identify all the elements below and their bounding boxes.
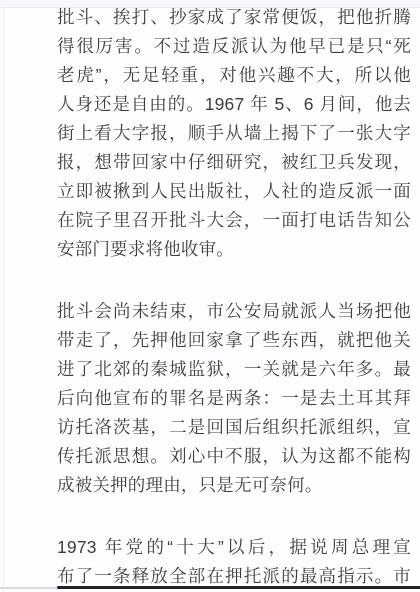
text-line: 立即被揪到人民出版社，人社的造反派一面 — [57, 177, 411, 206]
text-line: 批斗、挨打、抄家成了家常便饭，把他折腾 — [57, 3, 411, 32]
text-line: 老虎”，无足轻重，对他兴趣不大，所以他 — [57, 61, 411, 90]
text-line: 进了北郊的秦城监狱，一关就是六年多。最 — [57, 355, 411, 384]
text-line: 街上看大字报，顺手从墙上揭下了一张大字 — [57, 119, 411, 148]
text-line: 批斗会尚未结束，市公安局就派人当场把他 — [57, 297, 411, 326]
text-line: 安部门要求将他收审。 — [57, 235, 411, 264]
bottom-divider-dark — [57, 586, 420, 589]
text-line: 报，想带回家中仔细研究，被红卫兵发现， — [57, 148, 411, 177]
text-line: 传托派思想。刘心中不服，认为这都不能构 — [57, 442, 411, 471]
text-line: 访托洛茨基，二是回国后组织托派组织，宣 — [57, 413, 411, 442]
ebook-page: 批斗、挨打、抄家成了家常便饭，把他折腾 得很厉害。不过造反派认为他早已是只“死 … — [0, 0, 420, 592]
paragraph: 批斗、挨打、抄家成了家常便饭，把他折腾 得很厉害。不过造反派认为他早已是只“死 … — [57, 3, 411, 264]
text-line: 得很厉害。不过造反派认为他早已是只“死 — [57, 32, 411, 61]
bottom-divider-light — [0, 587, 57, 589]
text-line: 成被关押的理由，只是无可奈何。 — [57, 471, 411, 500]
page-left-edge — [3, 7, 4, 592]
text-line: 后向他宣布的罪名是两条：一是去土耳其拜 — [57, 384, 411, 413]
text-line: 在院子里召开批斗大会，一面打电话告知公 — [57, 206, 411, 235]
text-line: 人身还是自由的。1967 年 5、6 月间，他去 — [57, 90, 411, 119]
text-line: 带走了，先押他回家拿了些东西，就把他关 — [57, 326, 411, 355]
reading-text-area: 批斗、挨打、抄家成了家常便饭，把他折腾 得很厉害。不过造反派认为他早已是只“死 … — [57, 3, 411, 591]
paragraph: 1973 年党的“十大”以后，据说周总理宣 布了一条释放全部在押托派的最高指示。… — [57, 533, 411, 591]
paragraph: 批斗会尚未结束，市公安局就派人当场把他 带走了，先押他回家拿了些东西，就把他关 … — [57, 297, 411, 500]
text-line: 1973 年党的“十大”以后，据说周总理宣 — [57, 533, 411, 562]
